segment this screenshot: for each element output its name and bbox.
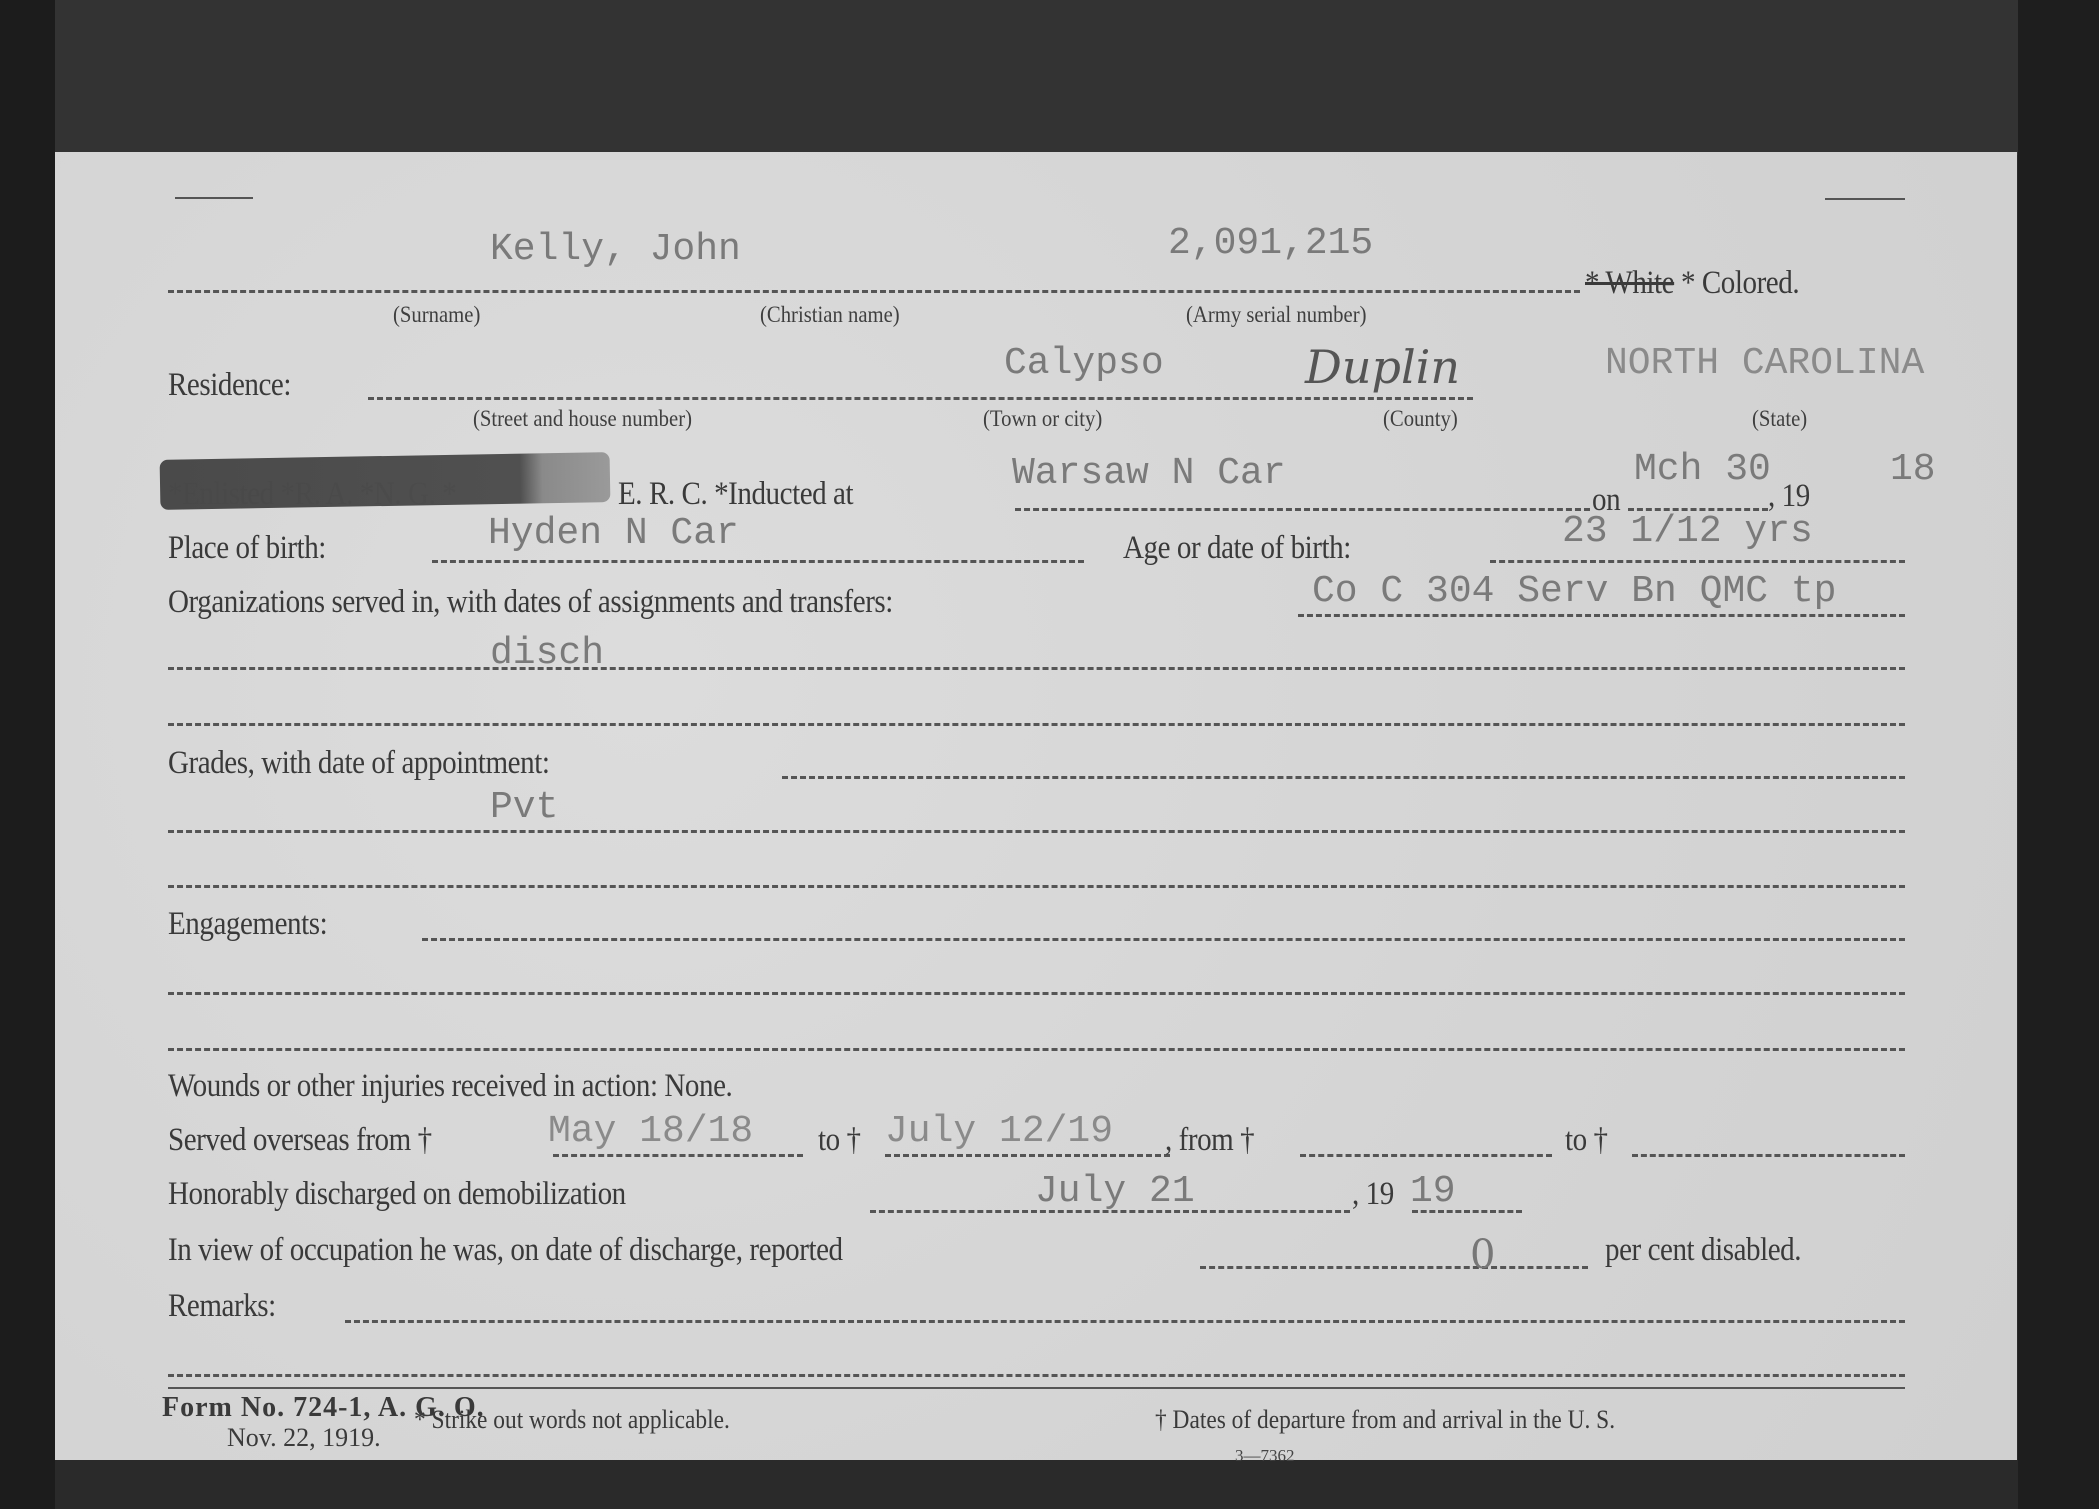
discharge-year-line	[1412, 1210, 1522, 1213]
print-code: 3—7362	[1235, 1446, 1295, 1466]
overseas-from-line	[553, 1154, 803, 1157]
place-of-birth-value: Hyden N Car	[488, 512, 739, 555]
place-of-birth-line	[432, 560, 1084, 563]
overseas-from-value: May 18/18	[548, 1110, 753, 1153]
organizations-line1	[1298, 614, 1905, 617]
age-value: 23 1/12 yrs	[1562, 510, 1813, 553]
inducted-date-value: Mch 30	[1634, 448, 1771, 491]
place-of-birth-label: Place of birth:	[168, 530, 326, 567]
overseas-to-line	[885, 1154, 1170, 1157]
engagements-line3	[168, 1048, 1905, 1051]
discharge-year-prefix: , 19	[1352, 1176, 1394, 1213]
residence-label: Residence:	[168, 367, 291, 404]
age-label: Age or date of birth:	[1123, 530, 1351, 567]
inducted-line	[1015, 508, 1590, 511]
organizations-label: Organizations served in, with dates of a…	[168, 584, 893, 621]
remarks-line2	[168, 1374, 1905, 1377]
wounds-label: Wounds or other injuries received in act…	[168, 1068, 732, 1105]
engagements-line2	[168, 992, 1905, 995]
age-line	[1490, 560, 1905, 563]
corner-mark-right	[1825, 198, 1905, 200]
residence-town-value: Calypso	[1004, 342, 1164, 385]
discharge-year-value: 19	[1410, 1170, 1456, 1213]
footer-rule	[168, 1387, 1905, 1389]
note-dates: † Dates of departure from and arrival in…	[1155, 1405, 1615, 1435]
engagements-label: Engagements:	[168, 906, 327, 943]
overseas-to2-line	[1632, 1154, 1905, 1157]
inducted-place-value: Warsaw N Car	[1012, 452, 1286, 495]
inducted-at-label: E. R. C. *Inducted at	[618, 476, 853, 513]
name-line	[168, 290, 1580, 293]
sub-town: (Town or city)	[983, 406, 1102, 432]
race-field: * White * Colored.	[1585, 265, 1799, 302]
overseas-from-label: Served overseas from †	[168, 1122, 432, 1159]
sub-state: (State)	[1752, 406, 1807, 432]
organizations-line3	[168, 723, 1905, 726]
sub-serial-number: (Army serial number)	[1186, 302, 1366, 328]
discharge-date-value: July 21	[1035, 1170, 1195, 1213]
note-strike-out: * Strike out words not applicable.	[414, 1405, 730, 1435]
scan-border-bottom	[55, 1460, 2018, 1509]
residence-line	[368, 397, 1473, 400]
scan-border-left	[0, 0, 55, 1509]
corner-mark-left	[175, 197, 253, 199]
race-white-struck: * White	[1585, 265, 1674, 301]
residence-state-value: NORTH CAROLINA	[1605, 342, 1924, 385]
organizations-line1-value: Co C 304 Serv Bn QMC tp	[1312, 570, 1837, 613]
remarks-line1	[345, 1320, 1905, 1323]
scan-border-right	[2018, 0, 2099, 1509]
overseas-from2-label: , from †	[1165, 1122, 1254, 1159]
disability-label: In view of occupation he was, on date of…	[168, 1232, 843, 1269]
grades-value: Pvt	[490, 786, 558, 829]
inducted-year-value: 18	[1890, 448, 1936, 491]
redacted-text: *Enlisted *R. A. *N. G. *	[168, 476, 456, 513]
sub-surname: (Surname)	[393, 302, 480, 328]
overseas-to-label: to †	[818, 1122, 861, 1159]
disability-line	[1200, 1266, 1588, 1269]
overseas-from2-line	[1300, 1154, 1552, 1157]
sub-county: (County)	[1383, 406, 1458, 432]
organizations-line2	[168, 667, 1905, 670]
discharge-date-line	[870, 1210, 1350, 1213]
overseas-to-value: July 12/19	[885, 1110, 1113, 1153]
grades-label: Grades, with date of appointment:	[168, 745, 549, 782]
serial-number-value: 2,091,215	[1168, 222, 1373, 265]
disability-suffix: per cent disabled.	[1605, 1232, 1801, 1269]
sub-christian-name: (Christian name)	[760, 302, 900, 328]
name-value: Kelly, John	[490, 228, 741, 271]
scan-border-top	[55, 0, 2018, 155]
grades-line1	[782, 776, 1905, 779]
grades-line2	[168, 830, 1905, 833]
remarks-label: Remarks:	[168, 1288, 276, 1325]
race-colored: * Colored.	[1681, 265, 1799, 301]
sub-street: (Street and house number)	[473, 406, 692, 432]
disability-value: 0	[1470, 1232, 1495, 1278]
residence-county-value: Duplin	[1305, 340, 1460, 394]
discharge-label: Honorably discharged on demobilization	[168, 1176, 626, 1213]
overseas-to2-label: to †	[1565, 1122, 1608, 1159]
grades-line3	[168, 885, 1905, 888]
engagements-line1	[422, 938, 1905, 941]
form-date: Nov. 22, 1919.	[227, 1423, 381, 1453]
